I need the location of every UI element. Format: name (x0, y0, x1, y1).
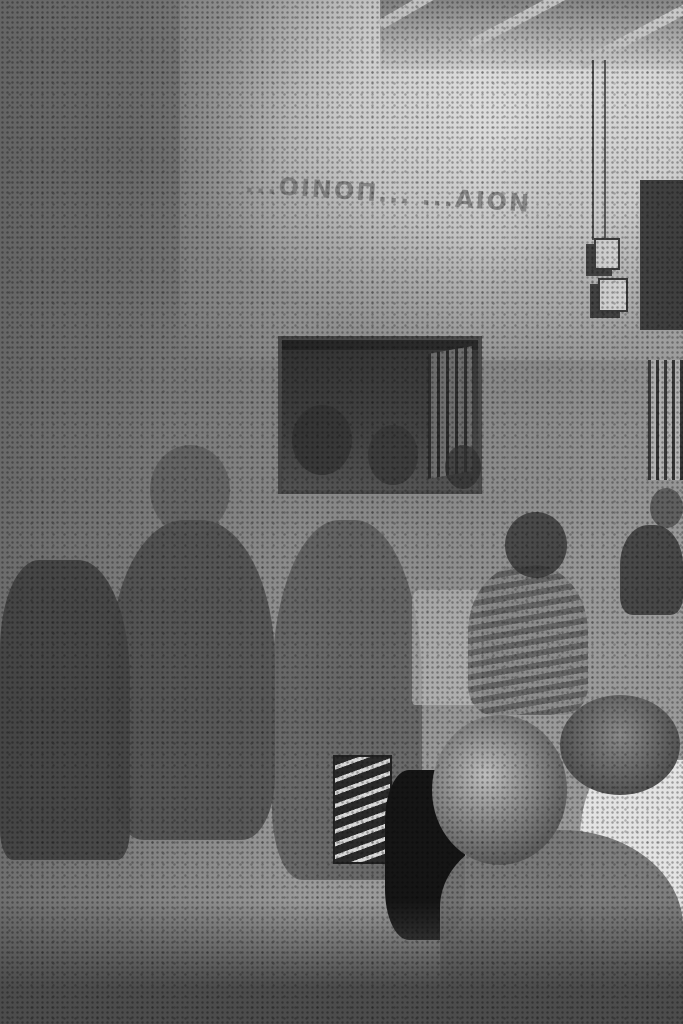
photograph: ...ΟΙΝΟΠ... ...ΑΙΟΝ (0, 0, 683, 1024)
film-grain (0, 0, 683, 1024)
